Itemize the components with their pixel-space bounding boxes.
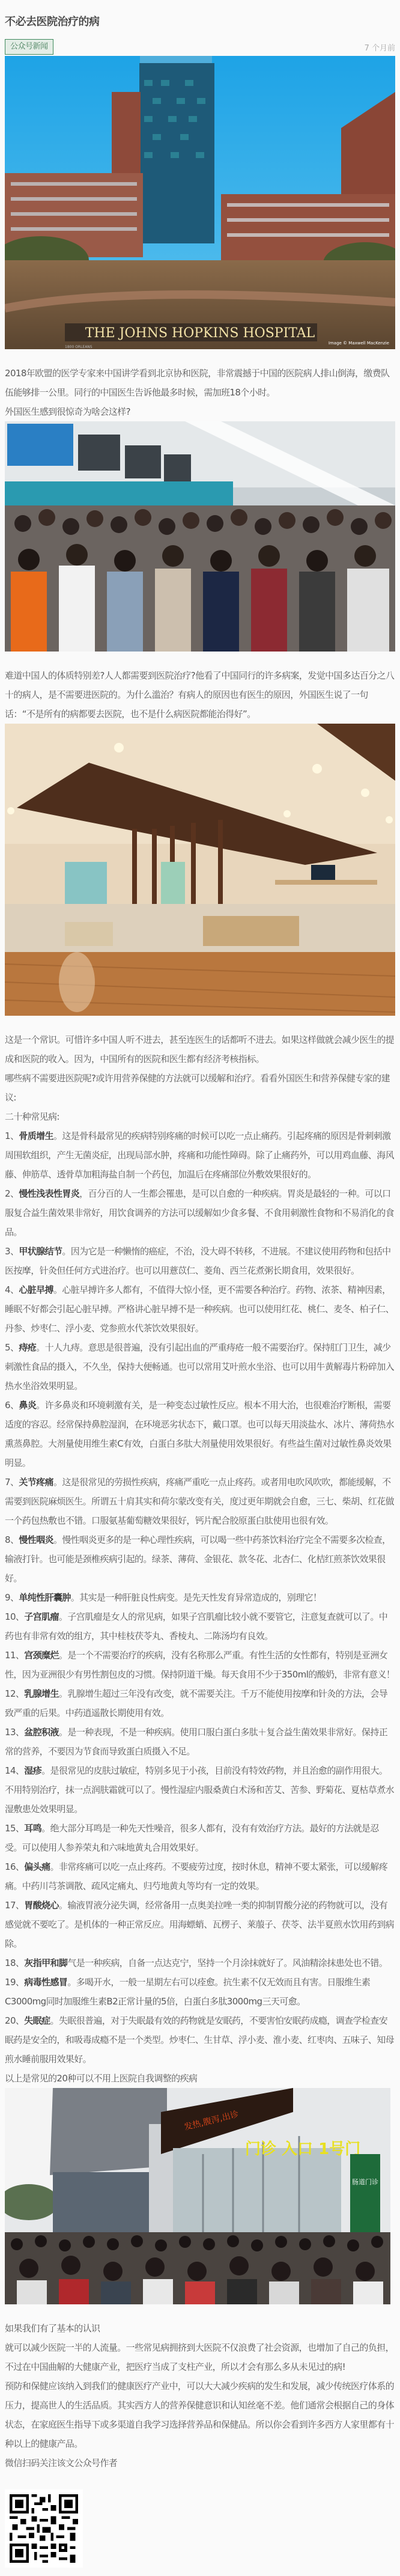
disease-name: 耳鸣 [24, 1823, 41, 1834]
source-tag[interactable]: 公众号新闻 [5, 39, 53, 55]
outpatient-entrance-crowd-photo: 发热,腹泻,出诊 门诊 入口 1号门 肠道门诊 [5, 2088, 390, 2304]
outro-paragraph-2: 就可以减少医院一半的人流量。一些常见病拥挤到大医院不仅浪费了社会资源，也增加了自… [5, 2338, 395, 2376]
article-page: 不必去医院治疗的病 公众号新闻 7 个月前 [0, 0, 400, 2568]
svg-text:1800 ORLEANS: 1800 ORLEANS [65, 345, 92, 349]
disease-item-14: 14、湿疹。是很常见的皮肤过敏症，特别多见于小孩，目前没有特效药物，并且治愈的副… [5, 1761, 395, 1819]
quiet-hospital-lobby-photo [5, 724, 395, 1016]
svg-text:THE JOHNS HOPKINS HOSPITAL: THE JOHNS HOPKINS HOSPITAL [85, 326, 315, 341]
disease-item-8: 8、慢性咽炎。慢性咽炎更多的是一种心理性疾病，可以喝一些中药茶饮料治疗完全不需要… [5, 1530, 395, 1588]
disease-item-1: 1、骨质增生。这是骨科最常见的疾病特别疼痛的时候可以吃一点止痛药。引起疼痛的原因… [5, 1126, 395, 1184]
disease-item-10: 10、子宫肌瘤。子宫肌瘤是女人的常见病，如果子宫肌瘤比较小就不要管它，注意复查就… [5, 1607, 395, 1646]
intro-paragraph-5: 哪些病不需要进医院呢?或许用营养保健的方法就可以缓解和治疗。看看外国医生和营养保… [5, 1069, 395, 1107]
disease-name: 痔疮 [19, 1342, 36, 1353]
outro-paragraph-4: 微信扫码关注该文公众号作者 [5, 2453, 395, 2473]
disease-item-13: 13、盆腔积液。是一种表现，不是一种疾病。使用口服白蛋白多肽＋复合益生菌效果非常… [5, 1723, 395, 1761]
disease-name: 心脏早搏 [19, 1284, 53, 1295]
disease-name: 灰指甲和脚 [24, 1958, 67, 1968]
qr-code-icon [10, 2494, 78, 2563]
disease-name: 胃酸烧心 [24, 1900, 59, 1911]
intro-paragraph-3: 难道中国人的体质特别差?人人都需要到医院治疗?他看了中国同行的许多病案，发觉中国… [5, 666, 395, 724]
crowded-hospital-hall-photo [5, 421, 395, 652]
article-meta: 公众号新闻 7 个月前 [5, 37, 395, 56]
outro-paragraph-1: 如果我们有了基本的认识 [5, 2319, 395, 2338]
intro-paragraph-6: 二十种常见病: [5, 1107, 395, 1126]
disease-item-18: 18、灰指甲和脚气是一种疾病，自备一点达克宁，坚持一个月涂抹就好了。风油精涂抹患… [5, 1953, 395, 1973]
intro-paragraph-4: 这是一个常识。可惜许多中国人听不进去，甚至连医生的话都听不进去。如果这样做就会减… [5, 1030, 395, 1069]
summary-line: 以上是常见的20种可以不用上医院自我调整的疾病 [5, 2069, 395, 2088]
disease-item-6: 6、鼻炎。许多鼻炎和环境刺激有关，是一种变态过敏性反应。根本不用大治，也很难治疗… [5, 1396, 395, 1473]
disease-name: 骨质增生 [19, 1131, 53, 1141]
disease-item-7: 7、关节疼痛。这是很常见的劳损性疾病，疼痛严重吃一点止疼药。或者用电吹风吹吹，都… [5, 1473, 395, 1530]
svg-text:门诊 入口 1号门: 门诊 入口 1号门 [245, 2140, 360, 2158]
article-title: 不必去医院治疗的病 [5, 0, 395, 30]
disease-name: 鼻炎 [19, 1400, 36, 1411]
disease-list: 1、骨质增生。这是骨科最常见的疾病特别疼痛的时候可以吃一点止痛药。引起疼痛的原因… [5, 1126, 395, 2069]
svg-text:肠道门诊: 肠道门诊 [352, 2178, 378, 2186]
disease-item-3: 3、甲状腺结节。因为它是一种懒惰的癌症，不治，没大碍不转移，不进展。不建议使用药… [5, 1242, 395, 1280]
intro-paragraph-1: 2018年欧盟的医学专家来中国讲学看到北京协和医院，非常震撼于中国的医院病人排山… [5, 364, 395, 402]
disease-name: 失眠症 [24, 2015, 50, 2026]
disease-item-20: 20、失眠症。失眠很普遍，对于失眠最有效的药物就是安眠药，不要害怕安眠药成瘾，调… [5, 2011, 395, 2069]
publish-time: 7 个月前 [365, 41, 395, 53]
disease-name: 关节疼痛 [19, 1477, 53, 1488]
disease-name: 甲状腺结节 [19, 1246, 62, 1257]
disease-name: 慢性浅表性胃炎 [19, 1188, 79, 1199]
disease-name: 子宫肌瘤 [24, 1611, 59, 1622]
disease-name: 慢性咽炎 [19, 1534, 53, 1545]
disease-item-9: 9、单纯性肝囊肿。其实是一种肝脏良性病变。是先天性发育异常造成的，别理它！ [5, 1588, 395, 1607]
intro-paragraph-2: 外国医生感到很惊奇为啥会这样? [5, 402, 395, 421]
disease-name: 偏头痛 [24, 1861, 50, 1872]
disease-name: 病毒性感冒 [24, 1977, 67, 1988]
disease-item-19: 19、病毒性感冒。多喝开水，一般一星期左右可以痊愈。抗生素不仅无效而且有害。日服… [5, 1973, 395, 2011]
disease-name: 盆腔积液 [24, 1727, 59, 1738]
disease-name: 乳腺增生 [24, 1688, 59, 1699]
disease-item-12: 12、乳腺增生。乳腺增生超过三年没有改变，就不需要关注。千万不能使用按摩和针灸的… [5, 1684, 395, 1723]
johns-hopkins-hospital-photo: THE JOHNS HOPKINS HOSPITAL Image © Maxwe… [5, 56, 395, 349]
disease-item-4: 4、心脏早搏。心脏早搏许多人都有，不值得大惊小怪，更不需要各种治疗。药物、浓茶、… [5, 1280, 395, 1338]
disease-item-15: 15、耳鸣。绝大部分耳鸣是一种先天性噪音，很多人都有，没有有效治疗方法。最好的方… [5, 1819, 395, 1857]
disease-item-2: 2、慢性浅表性胃炎，百分百的人一生都会罹患，是可以自愈的一种疾病。胃炎是最轻的一… [5, 1184, 395, 1242]
outro-paragraph-3: 预防和保健应该纳入到我们的健康医疗产业中，可以大大减少疾病的发生和发展，减少传统… [5, 2376, 395, 2453]
disease-item-5: 5、痔疮。十人九痔。意思是很普遍，没有引起出血的严重痔疮一般不需要治疗。保持肛门… [5, 1338, 395, 1396]
disease-item-16: 16、偏头痛。非常疼痛可以吃一点止疼药。不要疲劳过度，按时休息，精神不要太紧张，… [5, 1857, 395, 1896]
disease-name: 湿疹 [24, 1765, 41, 1776]
disease-item-17: 17、胃酸烧心。输液胃液分泌失调，经常备用一点奥美拉唑一类的抑制胃酸分泌的药物就… [5, 1896, 395, 1953]
svg-text:Image © Maxwell MacKenzie: Image © Maxwell MacKenzie [329, 341, 389, 346]
disease-name: 单纯性肝囊肿 [19, 1592, 70, 1603]
disease-name: 宫颈糜烂 [24, 1650, 59, 1661]
disease-item-11: 11、宫颈糜烂。是一个不需要治疗的疾病，没有名称那么严重。有性生活的女性都有，特… [5, 1646, 395, 1684]
wechat-qr-code[interactable] [5, 2489, 83, 2568]
